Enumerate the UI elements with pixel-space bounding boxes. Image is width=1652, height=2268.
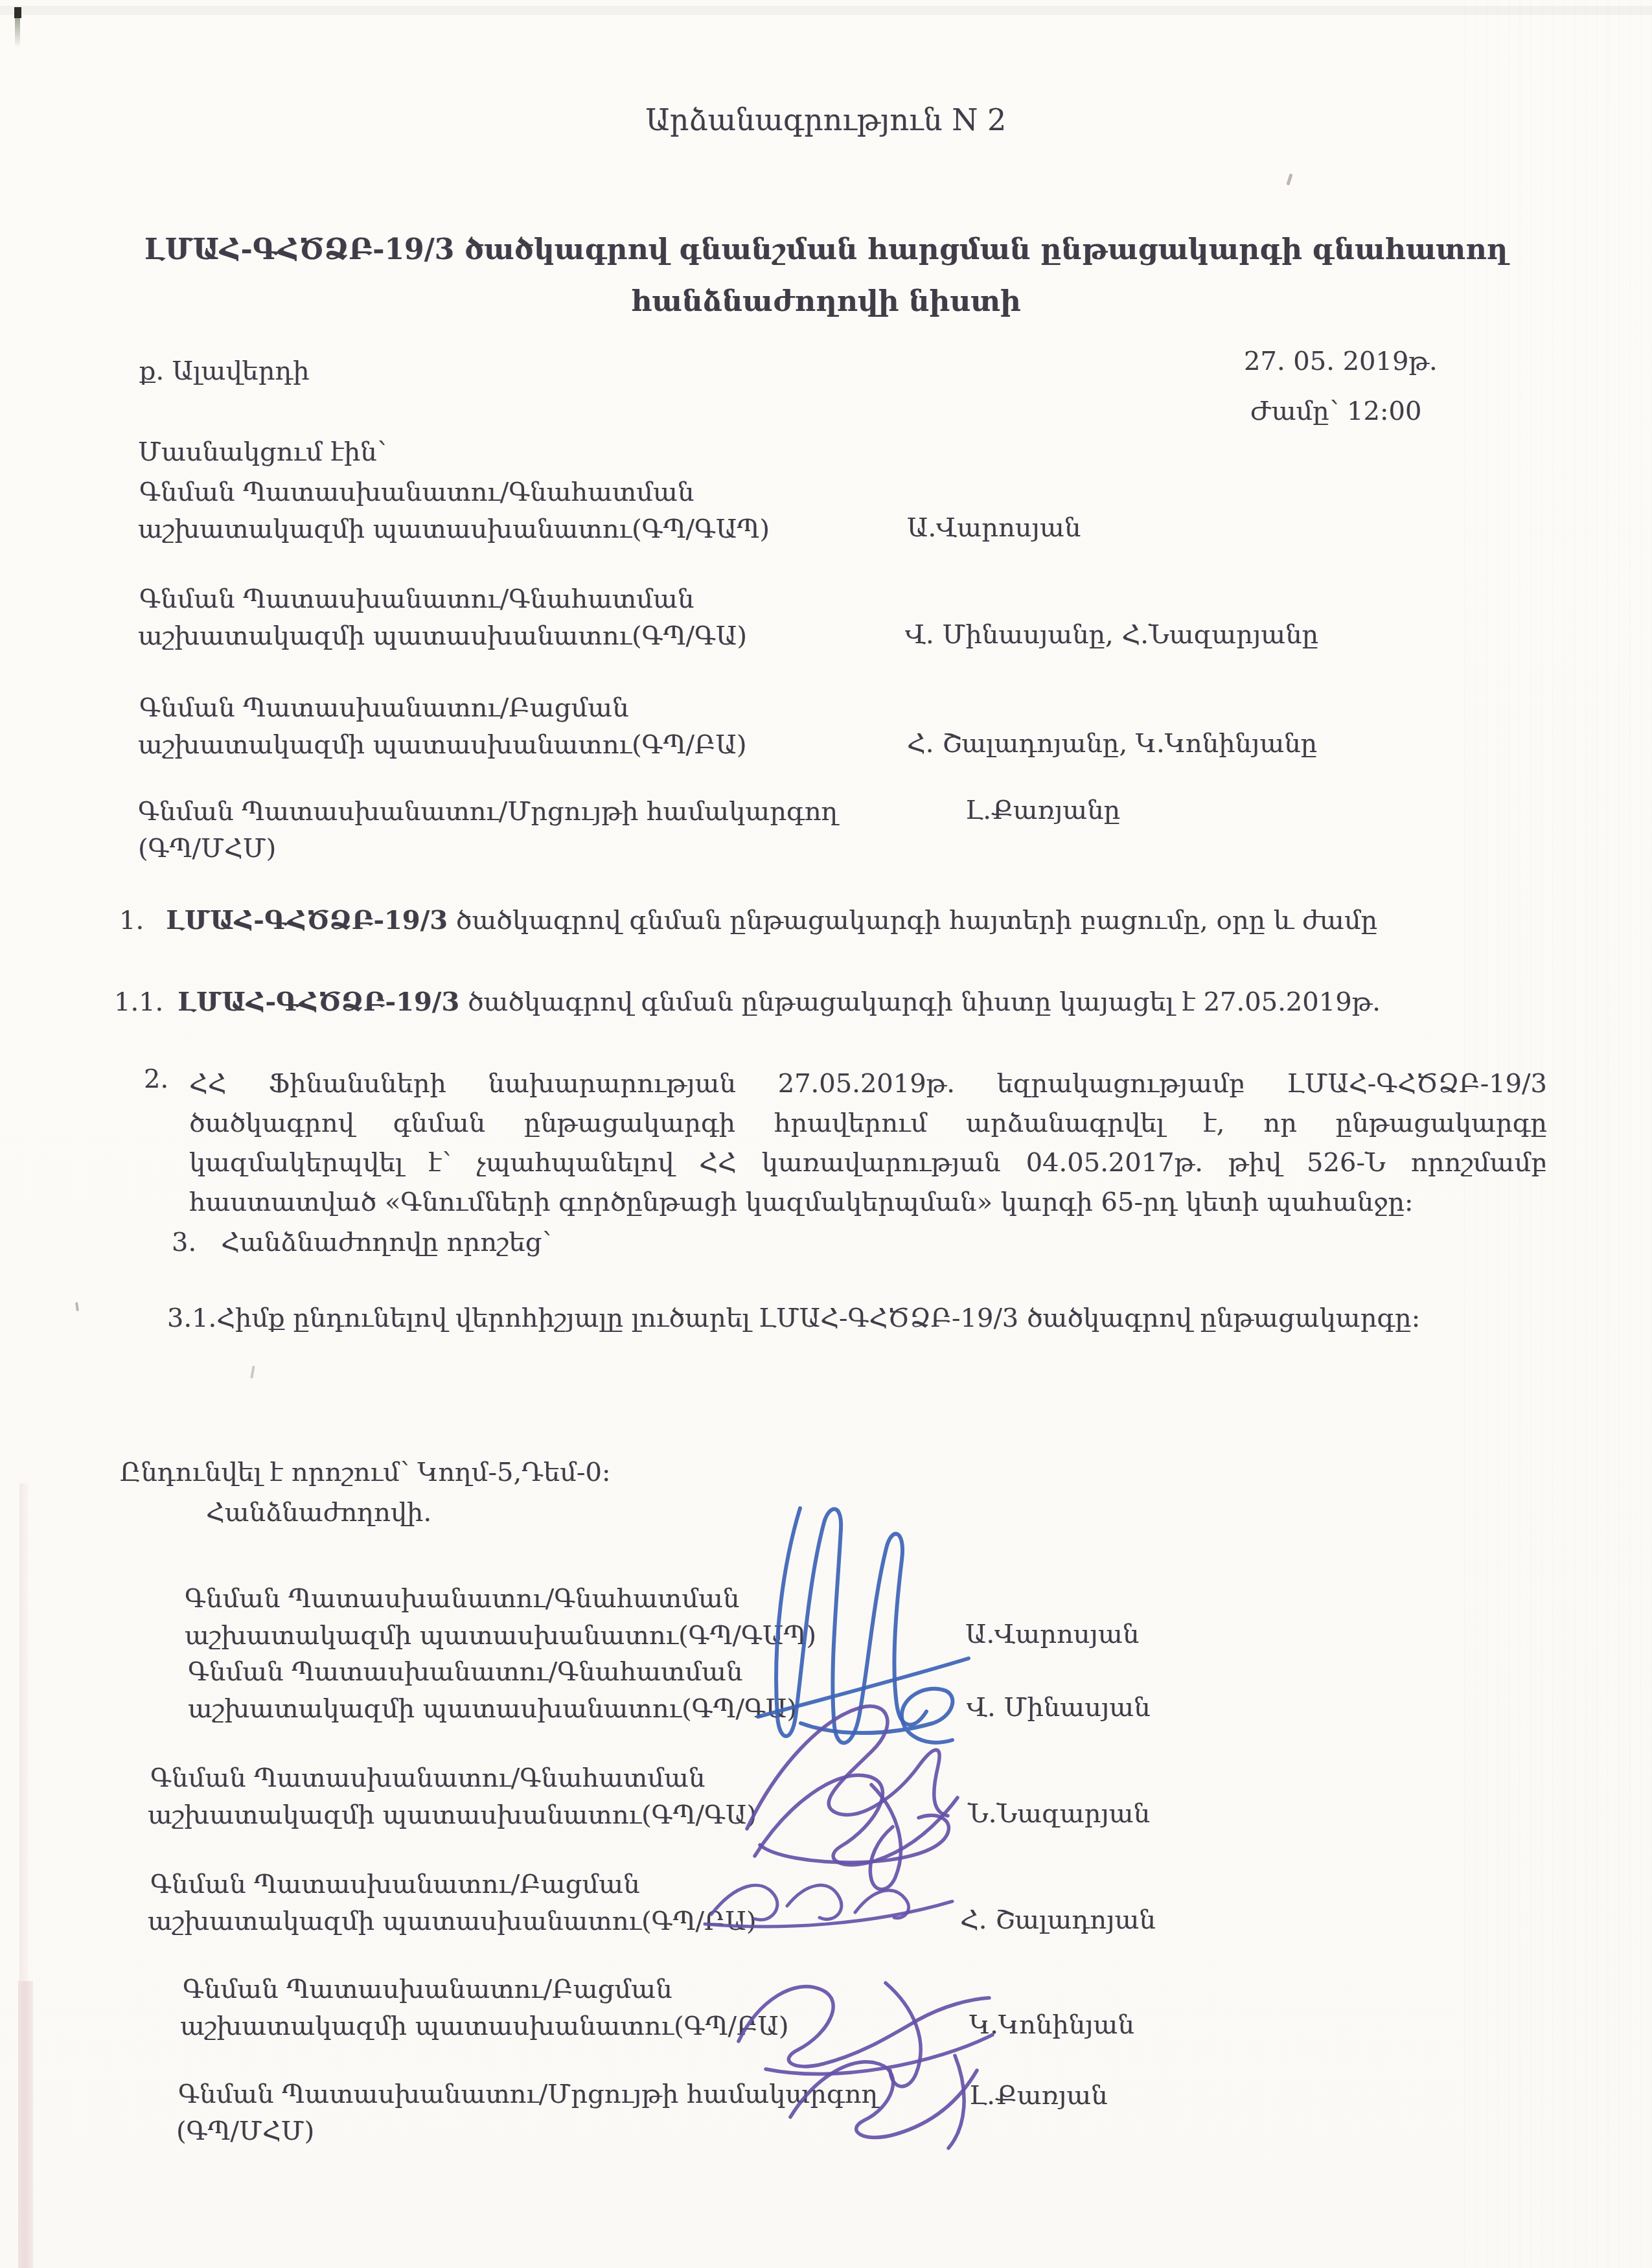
participant-names: Ա.Վարոսյան bbox=[907, 513, 1081, 544]
item-text: Հանձնաժողովը որոշեց՝ bbox=[221, 1228, 551, 1257]
participant-names: Լ.Քառյանը bbox=[965, 796, 1120, 826]
item-number: 3. bbox=[172, 1228, 196, 1257]
document-title: Արձանագրություն N 2 bbox=[0, 102, 1652, 137]
participant-role-line1: Գնման Պատասխանատու/Գնահատման bbox=[139, 584, 694, 615]
agenda-item-1: 1.ԼՄԱՀ-ԳՀԾՁԲ-19/3 ծածկագրով գնման ընթացա… bbox=[119, 905, 1377, 936]
item-number: 1. bbox=[119, 906, 144, 935]
signatory-role-line1: Գնման Պատասխանատու/Գնահատման bbox=[150, 1763, 705, 1794]
item-text: ծածկագրով գնման ընթացակարգի հայտերի բացո… bbox=[448, 906, 1377, 935]
scan-speck bbox=[75, 1302, 79, 1311]
scan-top-band bbox=[0, 6, 1652, 15]
item-number: 3.1. bbox=[167, 1303, 216, 1333]
participant-role-line2: աշխատակազմի պատասխանատու(ԳՊ/ԲԱ) bbox=[138, 730, 747, 761]
agenda-item-3-1: 3.1.Հիմք ընդունելով վերոհիշյալը լուծարել… bbox=[167, 1303, 1420, 1334]
signatory-name: Ա.Վարոսյան bbox=[965, 1620, 1139, 1650]
item-text: Հիմք ընդունելով վերոհիշյալը լուծարել ԼՄԱ… bbox=[216, 1303, 1420, 1333]
participant-role-line2: աշխատակազմի պատասխանատու(ԳՊ/ԳԱՊ) bbox=[138, 514, 770, 545]
signatory-role-line2: (ԳՊ/ՄՀՄ) bbox=[176, 2116, 314, 2147]
participant-role-line1: Գնման Պատասխանատու/Բացման bbox=[139, 693, 629, 724]
document-subtitle-line1: ԼՄԱՀ-ԳՀԾՁԲ-19/3 ծածկագրով գնանշման հարցմ… bbox=[0, 233, 1652, 267]
signatory-role-line1: Գնման Պատասխանատու/Գնահատման bbox=[185, 1584, 739, 1614]
signature-shaladoyan-ink bbox=[700, 1866, 959, 1943]
scan-corner-mark-tail bbox=[15, 18, 20, 48]
agenda-item-1-1: 1.1.ԼՄԱՀ-ԳՀԾՁԲ-19/3 ծածկագրով գնման ընթա… bbox=[114, 987, 1381, 1018]
signatory-name: Հ. Շալադոյան bbox=[960, 1905, 1156, 1936]
participant-role-line2: աշխատակազմի պատասխանատու(ԳՊ/ԳԱ) bbox=[138, 621, 747, 652]
signatory-role-line1: Գնման Պատասխանատու/Գնահատման bbox=[188, 1657, 742, 1688]
scanned-document-page: Արձանագրություն N 2 ԼՄԱՀ-ԳՀԾՁԲ-19/3 ծածկ… bbox=[0, 0, 1652, 2268]
participant-names: Վ. Մինասյանը, Հ.Նազարյանը bbox=[905, 620, 1318, 650]
item-text: ծածկագրով գնման ընթացակարգի նիստը կայացե… bbox=[459, 987, 1381, 1017]
scan-edge-strip-upper bbox=[19, 1483, 29, 1982]
participants-heading: Մասնակցում էին՝ bbox=[138, 437, 386, 468]
signatory-name: Ն.Նազարյան bbox=[968, 1799, 1150, 1829]
signatory-role-line1: Գնման Պատասխանատու/Բացման bbox=[150, 1870, 640, 1900]
signatory-role-line2: աշխատակազմի պատասխանատու(ԳՊ/ԳԱ) bbox=[148, 1800, 757, 1831]
agenda-item-2-text: ՀՀ Ֆինանսների նախարարության 27.05.2019թ.… bbox=[189, 1064, 1547, 1222]
scan-speck bbox=[1286, 174, 1292, 186]
signatory-role-line2: աշխատակազմի պատասխանատու(ԳՊ/ԳԱՊ) bbox=[185, 1621, 816, 1651]
time-label: Ժամը՝ 12:00 bbox=[1250, 396, 1421, 427]
participant-role-line1: Գնման Պատասխանատու/Մրցույթի համակարգող bbox=[138, 797, 838, 827]
procurement-code: ԼՄԱՀ-ԳՀԾՁԲ-19/3 bbox=[166, 905, 448, 935]
signatory-role-line2: աշխատակազմի պատասխանատու(ԳՊ/ԲԱ) bbox=[148, 1907, 757, 1937]
participant-role-line2: (ԳՊ/ՄՀՄ) bbox=[138, 834, 276, 864]
item-number: 1.1. bbox=[114, 987, 163, 1017]
scan-edge-strip bbox=[18, 1981, 33, 2268]
signature-karyan-ink bbox=[772, 2039, 992, 2156]
decision-committee-line: Հանձնաժողովի. bbox=[206, 1498, 431, 1528]
signatory-role-line2: աշխատակազմի պատասխանատու(ԳՊ/ԲԱ) bbox=[180, 2011, 789, 2042]
document-subtitle-line2: հանձնաժողովի նիստի bbox=[0, 285, 1652, 319]
signatory-role-line1: Գնման Պատասխանատու/Բացման bbox=[183, 1975, 672, 2005]
participant-names: Հ. Շալադոյանը, Կ.Կոնինյանը bbox=[907, 729, 1317, 759]
signatory-name: Վ. Մինասյան bbox=[967, 1693, 1151, 1723]
procurement-code: ԼՄԱՀ-ԳՀԾՁԲ-19/3 bbox=[178, 987, 459, 1017]
scan-speck bbox=[250, 1366, 255, 1379]
signatory-role-line2: աշխատակազմի պատասխանատու(ԳՊ/ԳԱ) bbox=[188, 1694, 797, 1724]
agenda-item-2-number: 2. bbox=[144, 1064, 168, 1095]
decision-line: Ընդունվել է որոշում՝ Կողմ-5,Դեմ-0: bbox=[120, 1458, 610, 1488]
city-label: ք. Ալավերդի bbox=[139, 356, 310, 387]
participant-role-line1: Գնման Պատասխանատու/Գնահատման bbox=[139, 477, 694, 508]
scan-corner-mark bbox=[14, 7, 21, 18]
date-label: 27. 05. 2019թ. bbox=[1244, 347, 1438, 377]
agenda-item-3: 3.Հանձնաժողովը որոշեց՝ bbox=[172, 1228, 551, 1258]
